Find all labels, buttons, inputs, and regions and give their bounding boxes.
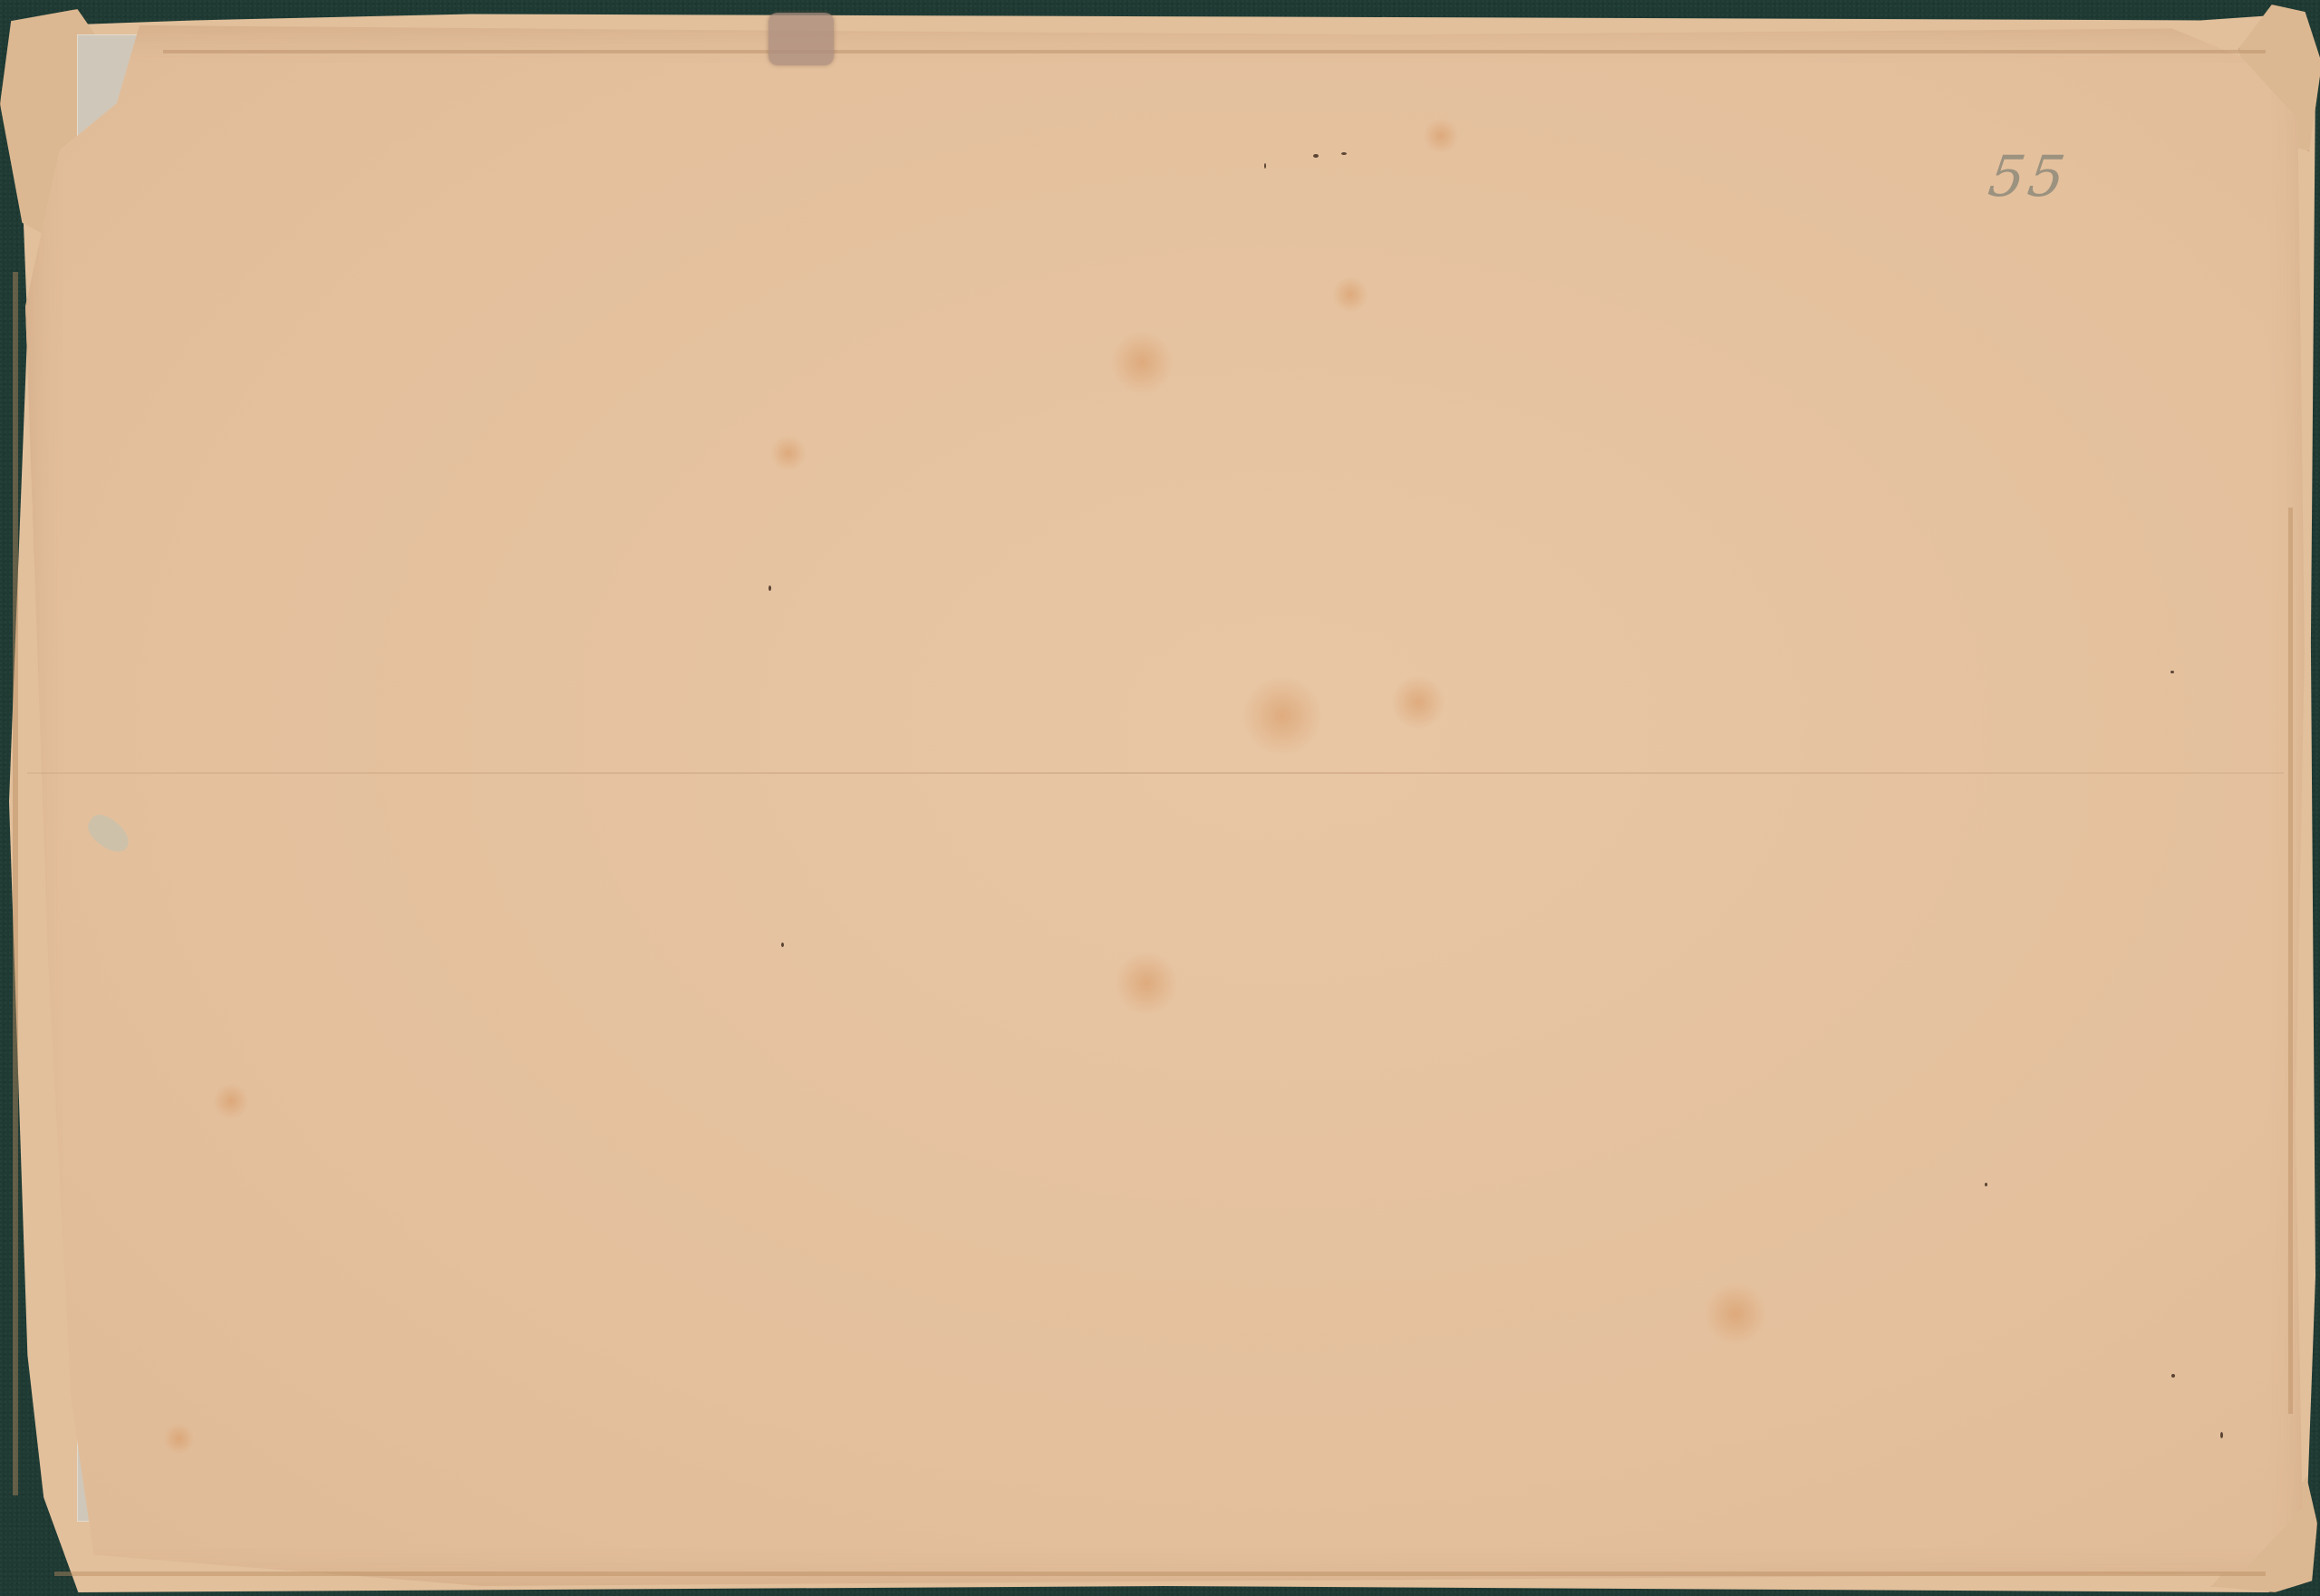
foxing-stain — [163, 1423, 195, 1455]
foxing-stain — [1115, 952, 1178, 1015]
speck — [1985, 1183, 1987, 1186]
handwritten-page-number: 55 — [1985, 143, 2073, 209]
foxing-stain — [1242, 675, 1323, 757]
foxing-stain — [1423, 118, 1459, 154]
edge-fold-left — [13, 272, 18, 1495]
paper-sheet — [25, 25, 2309, 1586]
horizontal-fold-line — [27, 772, 2284, 774]
speck — [1264, 163, 1266, 169]
tape-fragment — [768, 13, 834, 65]
foxing-stain — [1110, 331, 1174, 394]
speck — [2170, 671, 2174, 673]
speck — [781, 943, 784, 947]
edge-fold-top — [163, 50, 2266, 53]
speck — [1341, 152, 1347, 155]
edge-fold-bottom — [54, 1572, 2266, 1576]
foxing-stain — [213, 1083, 249, 1119]
speck — [768, 585, 771, 591]
speck — [2171, 1374, 2175, 1378]
speck — [2220, 1432, 2223, 1438]
speck — [1313, 154, 1319, 158]
foxing-stain — [1391, 675, 1445, 730]
foxing-stain — [1704, 1282, 1767, 1346]
foxing-stain — [770, 435, 807, 471]
edge-fold-right — [2288, 508, 2293, 1414]
foxing-stain — [1332, 276, 1368, 313]
